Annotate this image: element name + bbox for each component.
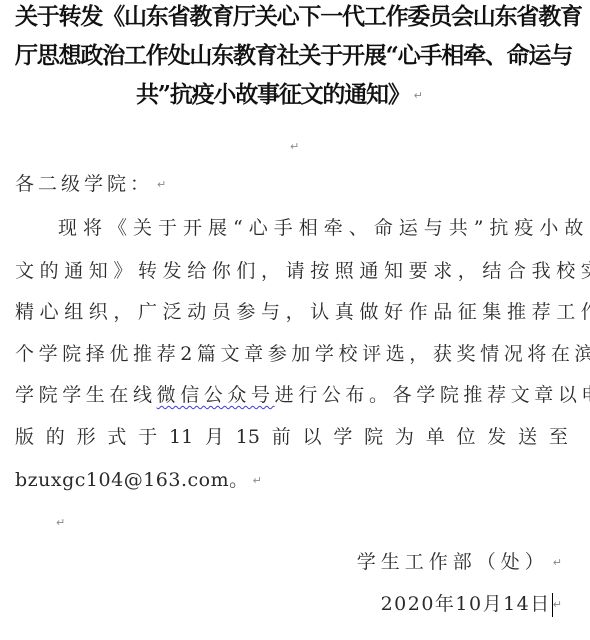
title-text: 关于转发《山东省教育厅关心下一代工作委员会山东省教育	[15, 3, 582, 30]
word: 学	[333, 423, 352, 451]
document-page[interactable]: 关于转发《山东省教育厅关心下一代工作委员会山东省教育 厅思想政治工作处山东教育社…	[0, 0, 590, 640]
spellcheck-underlined-text[interactable]: 微信公众号	[157, 384, 275, 406]
word: 至	[549, 423, 568, 451]
word: 院	[364, 423, 383, 451]
word: 的	[46, 423, 65, 451]
body-line-1: 现将《关于开展“心手相牵、命运与共”抗疫小故事征	[58, 214, 590, 242]
email-line: bzuxgc104@163.com。↵	[15, 466, 571, 495]
email-address: bzuxgc104@163.com。	[15, 469, 249, 491]
body-line-6: 版 的 形 式 于 11 月 15 前 以 学 院 为 单 位 发 送 至	[15, 423, 568, 451]
title-line-1: 关于转发《山东省教育厅关心下一代工作委员会山东省教育	[15, 2, 577, 32]
word: 形	[77, 423, 96, 451]
body-text: 进行公布。各学院推荐文章以电子	[275, 384, 590, 406]
paragraph-mark-icon: ↵	[157, 178, 166, 191]
body-line-5: 学院学生在线微信公众号进行公布。各学院推荐文章以电子	[15, 381, 571, 409]
title-text: 共”抗疫小故事征文的通知》	[136, 81, 410, 108]
signature-line: 学生工作部（处）↵	[357, 548, 562, 577]
date-text: 2020年10月14日	[381, 593, 551, 615]
word: 于	[138, 423, 157, 451]
title-text: 厅思想政治工作处山东教育社关于开展“心手相牵、命运与	[15, 42, 572, 69]
title-line-2: 厅思想政治工作处山东教育社关于开展“心手相牵、命运与	[15, 41, 577, 71]
word: 11	[169, 423, 193, 451]
body-line-4: 个学院择优推荐2篇文章参加学校评选，获奖情况将在滨州	[15, 340, 571, 368]
word: 版	[15, 423, 34, 451]
paragraph-mark-icon: ↵	[253, 474, 262, 487]
word: 月	[205, 423, 224, 451]
word: 为	[395, 423, 414, 451]
body-text: 学院学生在线	[15, 384, 157, 406]
paragraph-mark-icon: ↵	[290, 140, 299, 153]
greeting-text: 各二级学院：	[15, 173, 153, 195]
word: 以	[303, 423, 322, 451]
signature-text: 学生工作部（处）	[357, 551, 549, 573]
body-line-3: 精心组织，广泛动员参与，认真做好作品征集推荐工作。每	[15, 298, 571, 326]
title-line-3: 共”抗疫小故事征文的通知》↵	[136, 80, 423, 111]
paragraph-mark-icon: ↵	[553, 556, 562, 569]
date-line: 2020年10月14日↵	[381, 590, 562, 619]
greeting-line: 各二级学院：↵	[15, 170, 571, 199]
word: 发	[487, 423, 506, 451]
word: 前	[272, 423, 291, 451]
word: 式	[107, 423, 126, 451]
word: 位	[457, 423, 476, 451]
word: 送	[518, 423, 537, 451]
word: 单	[426, 423, 445, 451]
word: 15	[236, 423, 260, 451]
paragraph-mark-icon: ↵	[56, 516, 65, 529]
body-line-2: 文的通知》转发给你们，请按照通知要求，结合我校实际，	[15, 257, 571, 285]
paragraph-mark-icon: ↵	[553, 598, 562, 611]
paragraph-mark-icon: ↵	[414, 89, 423, 102]
